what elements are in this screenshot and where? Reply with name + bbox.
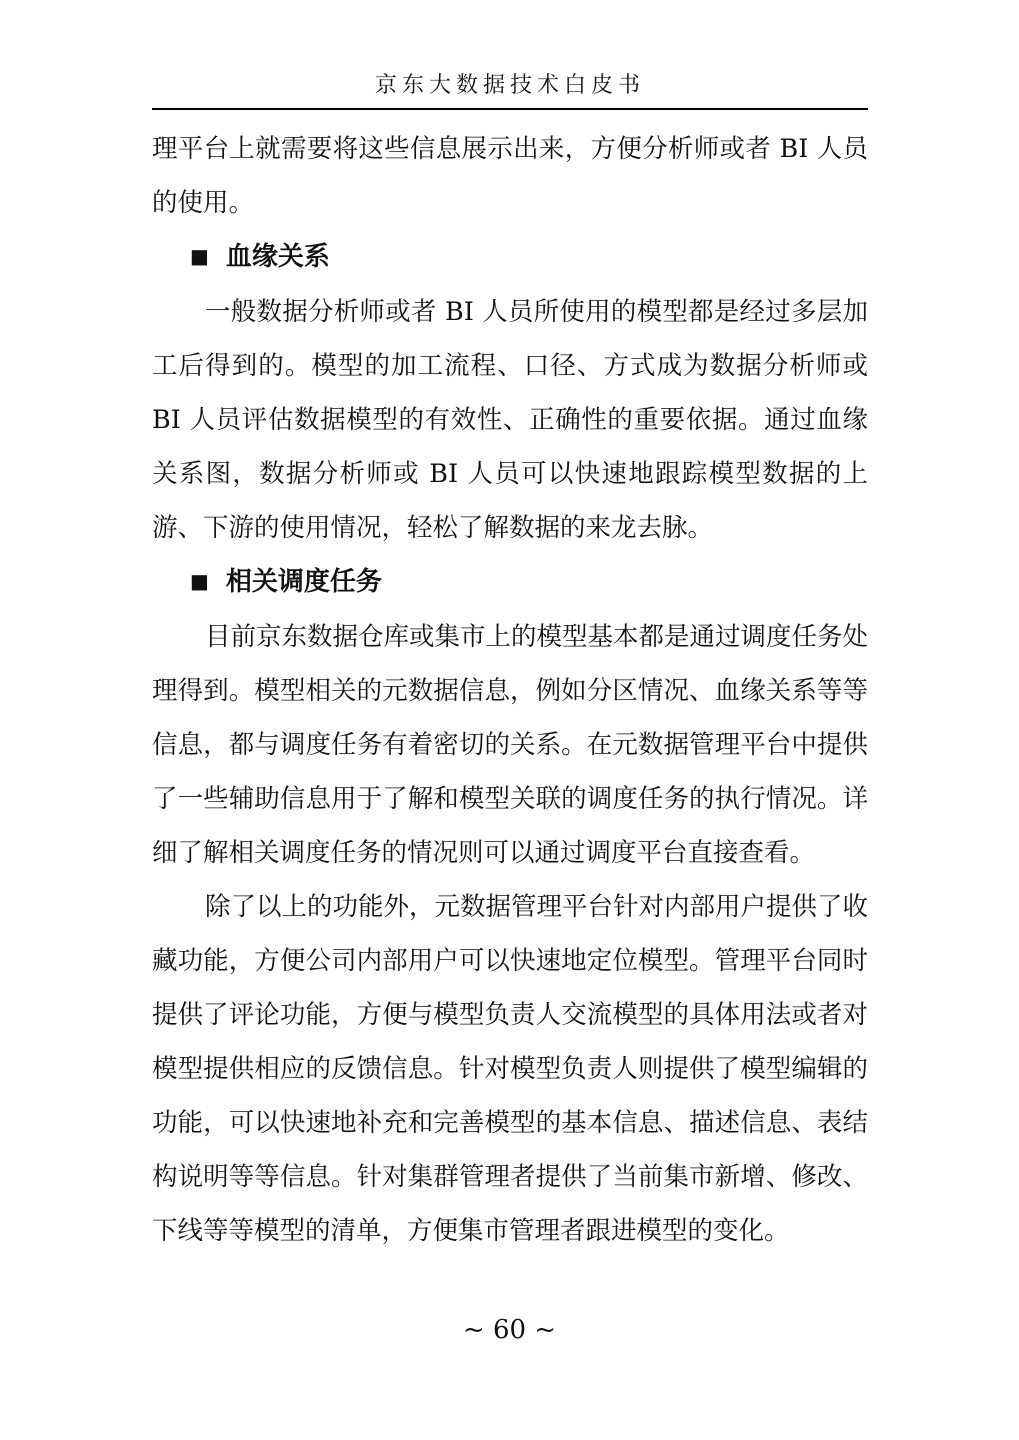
section-heading: ■血缘关系 [152, 230, 868, 285]
paragraph: 目前京东数据仓库或集市上的模型基本都是通过调度任务处理得到。模型相关的元数据信息… [152, 610, 868, 880]
header-title: 京东大数据技术白皮书 [152, 68, 868, 99]
paragraph: 一般数据分析师或者 BI 人员所使用的模型都是经过多层加工后得到的。模型的加工流… [152, 285, 868, 555]
page-header: 京东大数据技术白皮书 [152, 68, 868, 110]
paragraph: 理平台上就需要将这些信息展示出来，方便分析师或者 BI 人员的使用。 [152, 122, 868, 230]
paragraph: 除了以上的功能外，元数据管理平台针对内部用户提供了收藏功能，方便公司内部用户可以… [152, 880, 868, 1258]
page-number: ~ 60 ~ [463, 1315, 556, 1345]
page-footer: ~ 60 ~ [0, 1308, 1019, 1352]
header-rule [152, 108, 868, 110]
document-page: 京东大数据技术白皮书 理平台上就需要将这些信息展示出来，方便分析师或者 BI 人… [0, 0, 1019, 1440]
section-heading: ■相关调度任务 [152, 555, 868, 610]
section-heading-text: 相关调度任务 [226, 567, 382, 597]
section-heading-text: 血缘关系 [226, 242, 330, 272]
document-body: 理平台上就需要将这些信息展示出来，方便分析师或者 BI 人员的使用。■血缘关系一… [152, 122, 868, 1258]
square-bullet-icon: ■ [190, 569, 209, 593]
square-bullet-icon: ■ [190, 244, 209, 268]
